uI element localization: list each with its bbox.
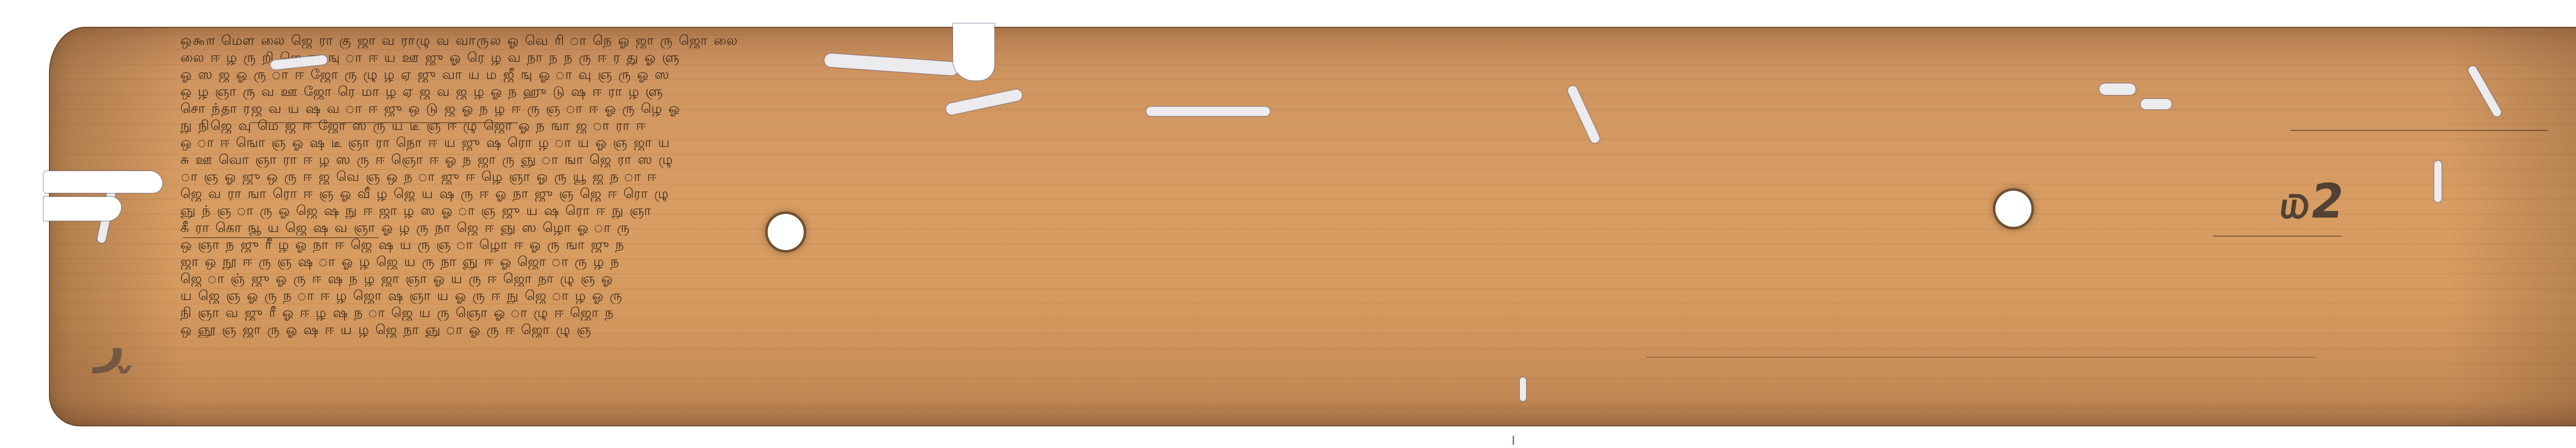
manuscript-line: ஜெ ா ஞ் ஜு ஓ ரு ஈ ஷ ந ழ ஜா ஞா ஓ ய ரு ஈ ஜ…: [180, 271, 2488, 287]
manuscript-line: ஒ௯௱ மௌ லை ஜெ ரா கு ஜா வ ராழு வ வாருல ஓ வ…: [180, 33, 2488, 48]
left-edge-tear: [44, 197, 121, 221]
manuscript-page: ஒ௯௱ மௌ லை ஜெ ரா கு ஜா வ ராழு வ வாருல ஓ வ…: [0, 0, 2576, 448]
manuscript-line: ஒ ஞா ந ஜு ரீ ழ ஓ நா ஈ ஜெ ஷ ய ரு ஞ ா ழொ ஈ…: [180, 237, 2488, 253]
palm-leaf: ஒ௯௱ மௌ லை ஜெ ரா கு ஜா வ ராழு வ வாருல ஓ வ…: [49, 27, 2576, 426]
insect-damage: [2099, 84, 2136, 95]
manuscript-line: ஜெ வ ரா ஙா ரொ ஈ ஞ ஓ வீ ழ ஜெ ய ஷ ரு ஈ ஓ ந…: [180, 186, 2488, 202]
string-hole-right: [1995, 191, 2031, 227]
manuscript-line: ஒ ா ஈ ஙொ ஞ ஓ ஷ டீ ஞா ரா நொ ஈ ய ஜு ஷ ரொ ழ…: [180, 135, 2488, 151]
manuscript-line: ா ஞ ஓ ஜு ஒ ரு ஈ ஜ வெ ஞ ஒ ந ா ஜு ஈ ழெ ஞா …: [180, 169, 2488, 185]
margin-leaf-number-right: ௰2: [2276, 174, 2348, 236]
manuscript-line: ய ஜெ ஞ ஓ ரு ந ா ஈ ழ ஜொ ஷ ஞா ய ஓ ரு ஈ நு …: [180, 288, 2488, 304]
insect-damage: [2141, 99, 2172, 109]
insect-damage: [1520, 377, 1526, 401]
manuscript-line: ஒ ஞூ ஞ ஜா ரு ஓ ஷ ஈ ய ழ ஜெ நா ஞு ா ஓ ரு ஈ…: [180, 322, 2087, 338]
manuscript-line: லை ஈ ழ ரு றி ஜெ ரா ஙு ா ஈ ய ஊ ஜு ஓ ரெ ழ …: [180, 50, 2488, 65]
manuscript-line: ஞு ந் ஞ ா ரு ஓ ஜெ ஷ நு ஈ ஜா ழ ஸ ஓ ா ஞ ஜு…: [180, 203, 2488, 219]
manuscript-line: ஓ ஸ ஜ ஓ ரு ா ஈ ஜோ ரு ழு ழ ஏ ஜு வா ய ம ஜீ…: [180, 67, 2488, 82]
manuscript-line: ஒ ழ ஞா ரு வ ஊ ஜோ ரெ மா ழ ஏ ஜ வ ஜ ழ ஓ ந ஹ…: [180, 84, 2488, 99]
manuscript-text-block: ஒ௯௱ மௌ லை ஜெ ரா கு ஜா வ ராழு வ வாருல ஓ வ…: [180, 33, 2499, 404]
manuscript-line: சு ஊ வொ ஞா ரா ஈ ழ ஸ ரு ஈ ஞொ ஈ ஓ ந ஜா ரு …: [180, 152, 2488, 168]
manuscript-line: கீ ரா கொ ஙூ ய ஜெ ஷ வ ஞா ஓ ழ ரு நா ஜெ ஈ ஞ…: [180, 220, 2488, 236]
manuscript-line: நு நிஜெ வு மெ ஜ ஈ ஜோ ஸ ரு ய டீ ஞ ஈ ழு ஜொ…: [180, 118, 2488, 134]
top-edge-notch: [953, 24, 994, 80]
insect-damage: [2434, 161, 2442, 202]
left-edge-tear: [44, 171, 162, 193]
manuscript-line: நி ஞா வ ஜு ரீ ஓ ஈ ழ ஷ ந ா ஜெ ய ரு ஞொ ஓ ா…: [180, 305, 2488, 321]
insect-damage: [1146, 107, 1270, 116]
manuscript-line: ஜா ஒ நூ ஈ ரு ஞ ஷ ா ஓ ழ ஜெ ய ரு நா ஞு ஈ ஓ…: [180, 254, 2488, 270]
scan-speck: [1513, 436, 1514, 445]
string-hole-left: [768, 214, 804, 250]
